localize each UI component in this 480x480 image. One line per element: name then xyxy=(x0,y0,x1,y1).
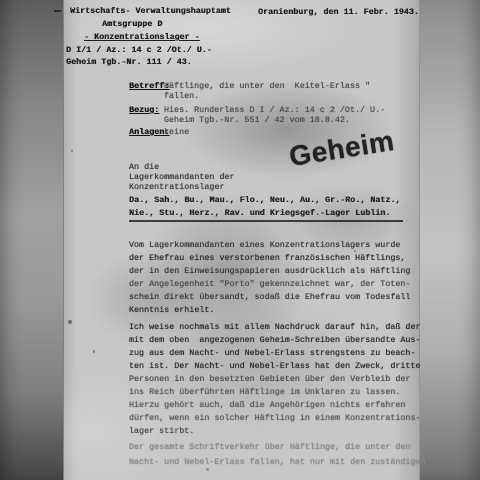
body-line: mit dem oben angezogenen Geheim-Schreibe… xyxy=(129,335,421,345)
bezug-label: Bezug: xyxy=(129,105,159,115)
letterhead-section: - Konzentrationslager - xyxy=(84,32,200,42)
bezug-line1: Hies. Runderlass D I / Az.: 14 c 2 /Ot./… xyxy=(164,105,385,115)
body-line: Der gesamte Schriftverkehr über Häftling… xyxy=(129,442,410,452)
letter-page: Wirtschafts- Verwaltungshauptamt Oranien… xyxy=(63,0,420,480)
ink-speck xyxy=(354,250,356,252)
body-line: lager stirbt. xyxy=(129,426,194,436)
body-line: Hierzu gehört auch, daß die Angehörigen … xyxy=(129,400,405,410)
recipient-line: Lagerkommandanten der xyxy=(129,172,235,182)
geheim-secret-stamp: Geheim xyxy=(287,125,396,173)
letterhead-journal-number: Geheim Tgb.-Nr. 111 / 43. xyxy=(66,57,192,67)
letterhead-dateline: Oranienburg, den 11. Febr. 1943. xyxy=(258,7,419,17)
body-line: Nacht- und Nebel-Erlass fallen, hat nur … xyxy=(129,457,426,467)
body-line: der in den Einweisungspapieren ausdrückl… xyxy=(129,266,410,276)
camps-abbreviations-line1: Da., Sah., Bu., Mau., Flo., Neu., Au., G… xyxy=(129,195,400,205)
betreff-line2: fallen. xyxy=(164,91,199,101)
body-line: ins Reich überführten Häftlinge im Unkla… xyxy=(129,387,400,397)
body-line: Vom Lagerkommandanten eines Konzentratio… xyxy=(129,240,400,250)
photo-right-border xyxy=(420,0,480,480)
letterhead-group: Amtsgruppe D xyxy=(102,19,162,29)
camps-abbreviations-line2: Nie., Stu., Herz., Rav. und Kriegsgef.-L… xyxy=(129,208,403,222)
document-photo: Wirtschafts- Verwaltungshauptamt Oranien… xyxy=(0,0,480,480)
ink-speck xyxy=(68,320,72,324)
body-line: ten ist. Der Nacht- und Nebel-Erlass hat… xyxy=(129,361,421,371)
photo-left-border xyxy=(0,0,63,480)
ink-speck xyxy=(206,468,209,471)
bezug-line2: Geheim Tgb.-Nr. 551 / 42 vom 18.8.42. xyxy=(164,115,350,125)
body-line: Ich weise nochmals mit allem Nachdruck d… xyxy=(129,322,421,332)
body-line: Kenntnis erhielt. xyxy=(129,305,214,315)
body-line: dürfen, wenn ein solcher Häftling in ein… xyxy=(129,413,421,423)
letterhead-file-reference: D I/1 / Az.: 14 c 2 /Ot./ U.- xyxy=(66,45,212,55)
ink-speck xyxy=(71,150,73,152)
film-edge-mark xyxy=(54,10,61,12)
anlagen-value: keine xyxy=(164,127,189,137)
recipient-line: An die xyxy=(129,162,159,172)
body-line: der Angelegenheit "Porto" gekennzeichnet… xyxy=(129,279,410,289)
ink-speck xyxy=(93,350,95,353)
letterhead-office: Wirtschafts- Verwaltungshauptamt xyxy=(70,6,231,16)
body-line: der Ehefrau eines verstorbenen französis… xyxy=(129,253,405,263)
body-line: zug aus dem Nacht- und Nebel-Erlass stre… xyxy=(129,348,415,358)
body-line: Personen in den besetzten Gebieten über … xyxy=(129,374,410,384)
recipient-line: Konzentrationslager xyxy=(129,182,225,192)
body-line: schein direkt übersandt, sodaß die Ehefr… xyxy=(129,292,410,302)
betreff-line1: Häftlinge, die unter den Keitel-Erlass " xyxy=(164,81,370,91)
